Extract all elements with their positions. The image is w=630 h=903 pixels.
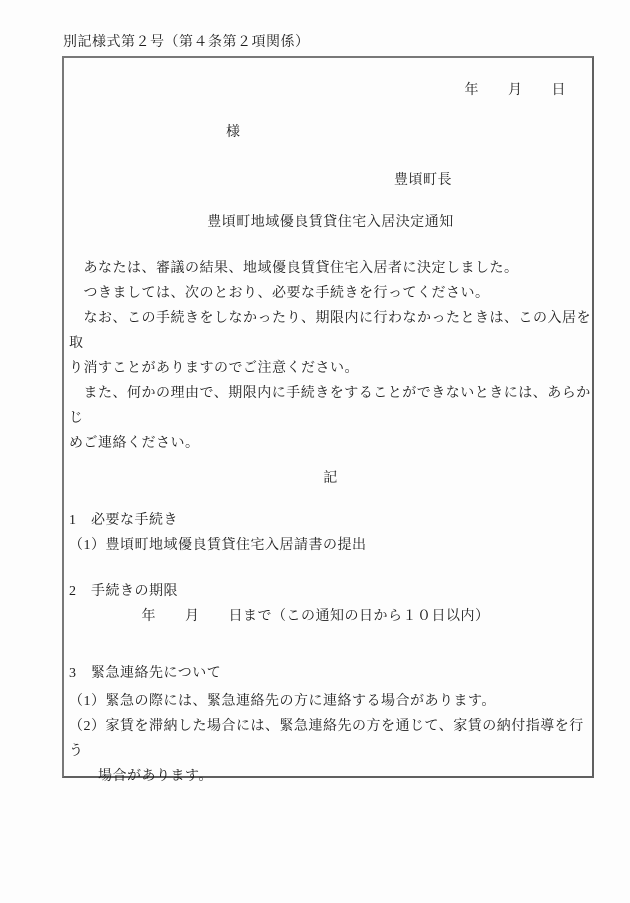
sender-title: 豊頃町長 (394, 168, 592, 193)
form-number-label: 別記様式第２号（第４条第２項関係） (63, 31, 310, 51)
section-2-deadline-line: 年 月 日まで（この通知の日から１０日以内） (69, 604, 592, 629)
body-line: り消すことがありますのでご注意ください。 (69, 356, 592, 381)
body-line: また、何かの理由で、期限内に手続きをすることができないときには、あらかじ (69, 381, 592, 431)
body-line: めご連絡ください。 (69, 431, 592, 456)
header-date-line: 年 月 日 (69, 78, 592, 103)
body-line: つきましては、次のとおり、必要な手続きを行ってください。 (69, 281, 592, 306)
body-line: あなたは、審議の結果、地域優良賃貸住宅入居者に決定しました。 (69, 256, 592, 281)
section-2-heading: 2 手続きの期限 (69, 579, 592, 604)
section-3-item-1: （1）緊急の際には、緊急連絡先の方に連絡する場合があります。 (69, 689, 592, 714)
body-line: なお、この手続きをしなかったり、期限内に行わなかったときは、この入居を取 (69, 306, 592, 356)
section-1-item: （1）豊頃町地域優良賃貸住宅入居請書の提出 (69, 533, 592, 558)
section-1-heading: 1 必要な手続き (69, 508, 592, 533)
document-page: 別記様式第２号（第４条第２項関係） 年 月 日 様 豊頃町長 豊頃町地域優良賃貸… (0, 0, 630, 903)
section-3-item-2-line-1: （2）家賃を滞納した場合には、緊急連絡先の方を通じて、家賃の納付指導を行う (69, 714, 592, 764)
notice-border-box: 年 月 日 様 豊頃町長 豊頃町地域優良賃貸住宅入居決定通知 あなたは、審議の結… (62, 56, 594, 778)
addressee-honorific: 様 (226, 120, 592, 145)
section-3-heading: 3 緊急連絡先について (69, 661, 592, 686)
document-title: 豊頃町地域優良賃貸住宅入居決定通知 (69, 210, 592, 235)
section-3-item-2-line-2: 場合があります。 (69, 764, 592, 789)
ki-record-marker: 記 (69, 466, 592, 491)
body-paragraphs: あなたは、審議の結果、地域優良賃貸住宅入居者に決定しました。 つきましては、次の… (69, 256, 592, 456)
